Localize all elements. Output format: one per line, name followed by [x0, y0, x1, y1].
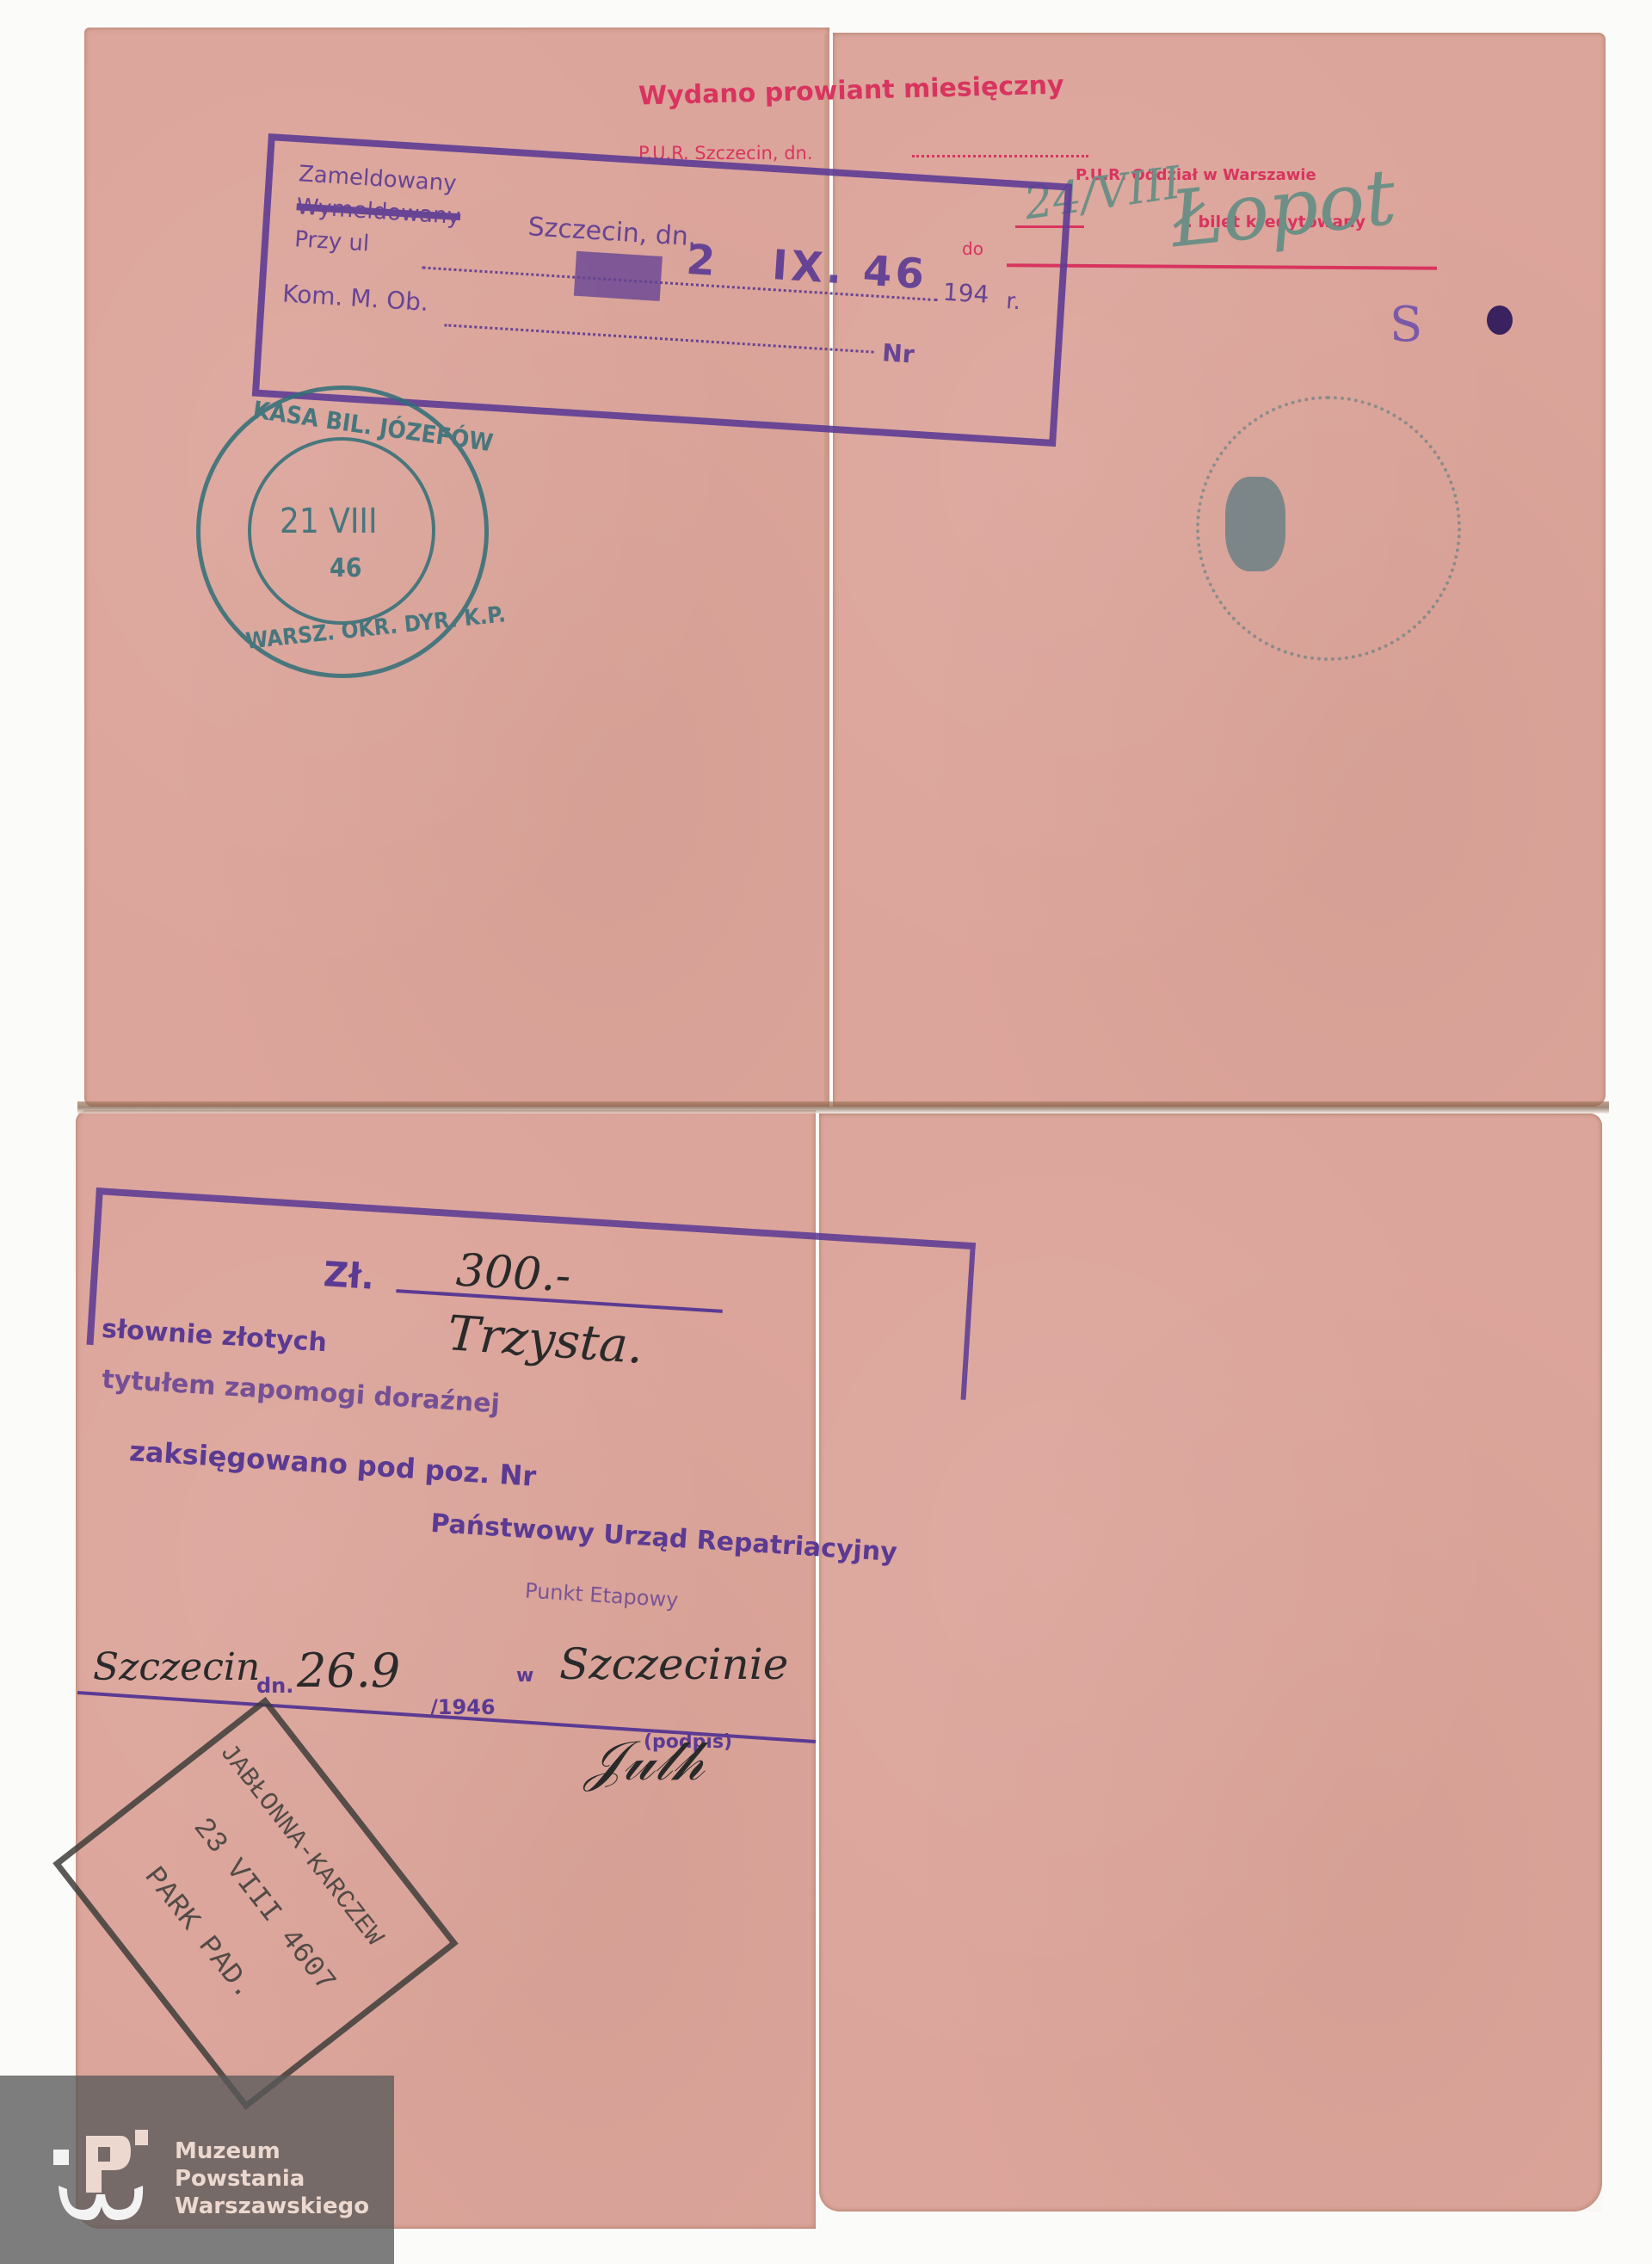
- year-suffix: r.: [1005, 288, 1020, 315]
- year-prefix: 194: [942, 278, 989, 309]
- provision-date-line: [912, 155, 1088, 157]
- amount-label: Zł.: [323, 1255, 376, 1298]
- anchor-logo-icon: [53, 2117, 148, 2224]
- faded-round-stamp: [1196, 396, 1461, 661]
- museum-name-line1: Muzeum: [175, 2138, 369, 2165]
- place-handwritten: Szczecin: [93, 1645, 260, 1689]
- date-label: dn.: [256, 1674, 293, 1698]
- registered-label: Zameldowany: [298, 161, 457, 196]
- horizontal-fold-crease: [77, 1101, 1609, 1113]
- round-stamp-year: 46: [330, 553, 362, 583]
- in-label: w: [516, 1665, 533, 1687]
- blotted-stamp-mark: [574, 251, 663, 301]
- ink-blot: [1487, 305, 1513, 335]
- museum-name-line3: Warszawskiego: [175, 2193, 369, 2220]
- museum-name: Muzeum Powstania Warszawskiego: [175, 2138, 369, 2220]
- street-label: Przy ul: [293, 226, 370, 256]
- in-handwritten: Szczecinie: [559, 1639, 788, 1689]
- nr-label: Nr: [881, 338, 915, 368]
- museum-watermark: Muzeum Powstania Warszawskiego: [0, 2076, 394, 2264]
- official-signature: 𝒥𝓊𝓁𝒽: [585, 1730, 704, 1793]
- museum-name-line2: Powstania: [175, 2165, 369, 2193]
- deregistered-label-struck: Wymeldowany: [296, 194, 461, 230]
- office-dotted-line: [444, 324, 873, 353]
- office-label: Kom. M. Ob.: [281, 279, 429, 317]
- round-stamp-date: 21 VIII: [280, 502, 378, 541]
- round-ticket-office-stamp: KASA BIL. JÓZEFÓW WARSZ. OKR. DYR. K.P. …: [196, 386, 489, 678]
- registration-day: 2: [685, 236, 717, 286]
- date-handwritten: 26.9: [297, 1644, 400, 1698]
- city-label: Szczecin, dn.: [527, 212, 698, 252]
- handwritten-mark: S: [1390, 297, 1422, 353]
